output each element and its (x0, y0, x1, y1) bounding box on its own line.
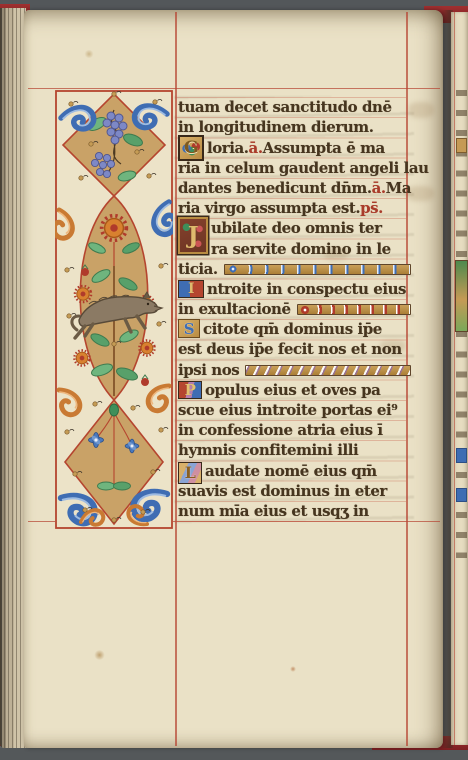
manuscript-text-line: ria virgo assumpta est. ps̄. (178, 197, 412, 217)
rubric-text: ā. (372, 179, 386, 197)
body-text: audate nomē eius qm̄ (205, 462, 377, 480)
illuminated-initial-p-icon: P (178, 381, 202, 399)
illuminated-initial-l-icon: L (178, 462, 202, 484)
facing-page-edge (451, 12, 468, 745)
manuscript-text-line: in exultacionē (178, 298, 412, 318)
rubric-text: ps̄. (360, 199, 383, 217)
body-text: scue eius introite portas ei⁹ (178, 401, 397, 419)
body-text: est deus ip̄e fecit nos et non (178, 340, 402, 358)
body-text: loria. (207, 139, 249, 157)
foxing-stain (94, 650, 105, 660)
body-text: tuam decet sanctitudo dnē (178, 98, 392, 116)
manuscript-text-line: est deus ip̄e fecit nos et non (178, 338, 412, 358)
body-text: ria in celum gaudent angeli lau (178, 159, 429, 177)
illuminated-initial-i-icon: I (178, 280, 204, 298)
page-edges-left (0, 8, 26, 748)
facing-decorated-initial (455, 260, 468, 332)
body-text: suavis est dominus in eter (178, 482, 387, 500)
foxing-stain (290, 666, 296, 672)
body-text: in exultacionē (178, 300, 291, 318)
body-text: ria virgo assumpta est. (178, 199, 360, 217)
line-filler-white-scroll-icon (245, 365, 411, 376)
manuscript-text-line: Scitote qm̄ dominus ip̄e (178, 318, 412, 338)
manuscript-text-line: ticia. (178, 258, 412, 278)
line-filler-blue-scroll-icon (224, 264, 411, 275)
facing-blue-initial (456, 488, 467, 502)
body-text: Ma (386, 179, 411, 197)
body-text: hymnis confitemini illi (178, 441, 358, 459)
manuscript-text-line: Introite in conspectu eius (178, 278, 412, 298)
manuscript-text-line: Jubilate deo omnis ter (178, 217, 412, 237)
foxing-stain (84, 50, 94, 58)
body-text: ipsi nos (178, 361, 239, 379)
illuminated-initial-g-icon: G (178, 135, 204, 161)
manuscript-text-line: ra servite domino in le (178, 237, 445, 257)
body-text: ntroite in conspectu eius (207, 280, 406, 298)
body-text: ubilate deo omnis ter (211, 219, 382, 237)
manuscript-text-line: Gloria. ā. Assumpta ē ma (178, 136, 412, 156)
illuminated-border-panel (55, 90, 173, 529)
manuscript-text-line: dantes benedicunt dn̄m. ā. Ma (178, 177, 412, 197)
manuscript-text-line: scue eius introite portas ei⁹ (178, 399, 412, 419)
text-block: tuam decet sanctitudo dnēin longitudinem… (178, 96, 412, 524)
manuscript-text-line: ria in celum gaudent angeli lau (178, 157, 412, 177)
manuscript-text-line: tuam decet sanctitudo dnē (178, 96, 412, 116)
manuscript-page: tuam decet sanctitudo dnēin longitudinem… (24, 10, 443, 748)
illuminated-initial-s-icon: S (178, 319, 200, 338)
body-text: in confessione atria eius ī (178, 421, 383, 439)
manuscript-text-line: in confessione atria eius ī (178, 419, 412, 439)
manuscript-text-line: ipsi nos (178, 358, 412, 378)
illuminated-initial-j-icon: J (178, 217, 208, 254)
manuscript-text-line: num mīa eius et usqʒ in (178, 500, 412, 520)
line-filler-red-beads-icon (297, 304, 411, 315)
manuscript-text-line: in longitudinem dierum. (178, 116, 412, 136)
manuscript-photo: tuam decet sanctitudo dnēin longitudinem… (0, 0, 468, 760)
facing-ruled-line (454, 12, 455, 745)
facing-blue-initial (456, 448, 467, 463)
manuscript-text-line: hymnis confitemini illi (178, 439, 412, 459)
body-text: in longitudinem dierum. (178, 118, 373, 136)
body-text: Assumpta ē ma (263, 139, 385, 157)
body-text: citote qm̄ dominus ip̄e (203, 320, 382, 338)
rubric-text: ā. (249, 139, 263, 157)
ruled-line-top (28, 88, 440, 89)
facing-gold-initial (456, 138, 467, 153)
body-text: opulus eius et oves pa (205, 381, 380, 399)
body-text: ra servite domino in le (211, 240, 391, 258)
manuscript-text-line: Laudate nomē eius qm̄ (178, 459, 412, 479)
manuscript-text-line: Populus eius et oves pa (178, 379, 412, 399)
body-text: dantes benedicunt dn̄m. (178, 179, 372, 197)
manuscript-text-line: suavis est dominus in eter (178, 480, 412, 500)
body-text: ticia. (178, 260, 218, 278)
body-text: num mīa eius et usqʒ in (178, 502, 369, 520)
